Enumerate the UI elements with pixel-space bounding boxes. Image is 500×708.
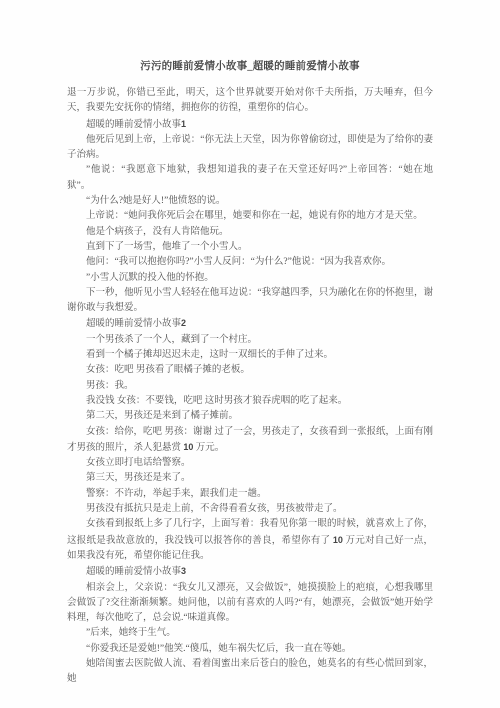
text-run: 超暖的睡前爱情小故事 xyxy=(86,567,181,577)
text-run: 女孩：吃吧 男孩看了眼橘子摊的老板。 xyxy=(86,365,250,375)
text-run: 相亲会上，父亲说：“我女儿又漂亮，又会做饭”，她摸摸脸上的疤痕，心想我哪里会做饭… xyxy=(67,583,433,624)
paragraph: 男孩：我。 xyxy=(67,379,433,394)
text-run: 警察：不许动，举起手来，跟我们走一趟。 xyxy=(86,489,267,499)
text-run: 一个男孩杀了一个人，藏到了一个村庄。 xyxy=(86,335,257,345)
text-run: 超暖的睡前爱情小故事 xyxy=(86,319,181,329)
paragraph: 看到一个橘子摊却迟迟未走，这时一双细长的手伸了过来。 xyxy=(67,348,433,363)
text-run: 男孩没有抵抗只是走上前，不舍得看看女孩，男孩被带走了。 xyxy=(86,504,343,514)
paragraph: ”小雪人沉默的投入他的怀抱。 xyxy=(67,271,433,286)
text-run: 她陪闺蜜去医院做人流、看着闺蜜出来后苍白的脸色，她莫名的有些心慌回到家，她 xyxy=(67,659,433,684)
paragraph: 超暖的睡前爱情小故事2 xyxy=(67,316,433,332)
paragraph: ”他说：“我愿意下地狱，我想知道我的妻子在天堂还好吗?”上帝回答：“她在地狱”。 xyxy=(67,163,433,194)
paragraph: 下一秒，他听见小雪人轻轻在他耳边说：“我穿越四季，只为融化在你的怀抱里，谢谢你敢… xyxy=(67,286,433,317)
paragraph: 他是个病孩子，没有人肯陪他玩。 xyxy=(67,225,433,240)
text-run: 女孩立即打电话给警察。 xyxy=(86,458,191,468)
paragraph: 相亲会上，父亲说：“我女儿又漂亮，又会做饭”，她摸摸脸上的疤痕，心想我哪里会做饭… xyxy=(67,581,433,627)
text-run: 退一万步说，你错已至此，明天，这个世界就要开始对你千夫所指，万夫唾弃，但今天，我… xyxy=(67,88,433,113)
paragraph: 女孩看到报纸上多了几行字，上面写着：我看见你第一眼的时候，就喜欢上了你，这报纸是… xyxy=(67,517,433,564)
paragraph: 她陪闺蜜去医院做人流、看着闺蜜出来后苍白的脸色，她莫名的有些心慌回到家，她 xyxy=(67,657,433,688)
text-run: 直到下了一场雪，他堆了一个小雪人。 xyxy=(86,242,248,252)
bold-text-run: 10 xyxy=(183,442,193,452)
paragraph: “你爱我还是爱她!”他笑.“傻瓜，她车祸失忆后，我一直在等她。 xyxy=(67,642,433,657)
text-run: 下一秒，他听见小雪人轻轻在他耳边说：“我穿越四季，只为融化在你的怀抱里，谢谢你敢… xyxy=(67,288,433,313)
bold-text-run: 2 xyxy=(181,318,186,328)
paragraph: 退一万步说，你错已至此，明天，这个世界就要开始对你千夫所指，万夫唾弃，但今天，我… xyxy=(67,86,433,117)
paragraph: 他问：“我可以抱抱你吗?”小雪人反问：“为什么?”他说：“因为我喜欢你。 xyxy=(67,255,433,270)
paragraph: 警察：不许动，举起手来，跟我们走一趟。 xyxy=(67,487,433,502)
document-page: 污污的睡前爱情小故事_超暖的睡前爱情小故事 退一万步说，你错已至此，明天，这个世… xyxy=(0,0,500,708)
document-body: 退一万步说，你错已至此，明天，这个世界就要开始对你千夫所指，万夫唾弃，但今天，我… xyxy=(67,86,433,688)
paragraph: 女孩立即打电话给警察。 xyxy=(67,456,433,471)
paragraph: 男孩没有抵抗只是走上前，不舍得看看女孩，男孩被带走了。 xyxy=(67,502,433,517)
paragraph: 上帝说：“她问我你死后会在哪里，她要和你在一起，她说有你的地方才是天堂。 xyxy=(67,209,433,224)
text-run: 第三天，男孩还是来了。 xyxy=(86,473,191,483)
text-run: 我没钱 女孩：不要钱，吃吧 这时男孩才狼吞虎咽的吃了起来。 xyxy=(86,396,347,406)
bold-text-run: 3 xyxy=(181,566,186,576)
paragraph: 他死后见到上帝，上帝说：“你无法上天堂，因为你曾偷窃过，即使是为了给你的妻子治病… xyxy=(67,133,433,164)
text-run: “为什么?她是好人!”他愤怒的说。 xyxy=(86,196,225,206)
paragraph: 第二天，男孩还是来到了橘子摊前。 xyxy=(67,409,433,424)
text-run: ”小雪人沉默的投入他的怀抱。 xyxy=(86,273,214,283)
text-run: 超暖的睡前爱情小故事 xyxy=(86,120,181,130)
text-run: ”后来，她终于生气。 xyxy=(86,628,176,638)
paragraph: 超暖的睡前爱情小故事3 xyxy=(67,564,433,580)
paragraph: 我没钱 女孩：不要钱，吃吧 这时男孩才狼吞虎咽的吃了起来。 xyxy=(67,394,433,409)
paragraph: 第三天，男孩还是来了。 xyxy=(67,471,433,486)
bold-text-run: 1 xyxy=(181,119,186,129)
text-run: 女孩：给你，吃吧 男孩：谢谢 过了一会，男孩走了，女孩看到一张报纸，上面有刚才男… xyxy=(67,427,433,453)
text-run: 他是个病孩子，没有人肯陪他玩。 xyxy=(86,227,229,237)
paragraph: “为什么?她是好人!”他愤怒的说。 xyxy=(67,194,433,209)
paragraph: 一个男孩杀了一个人，藏到了一个村庄。 xyxy=(67,333,433,348)
bold-text-run: 10 xyxy=(333,535,343,545)
text-run: 第二天，男孩还是来到了橘子摊前。 xyxy=(86,411,238,421)
text-run: 上帝说：“她问我你死后会在哪里，她要和你在一起，她说有你的地方才是天堂。 xyxy=(86,211,423,221)
text-run: 男孩：我。 xyxy=(86,381,134,391)
paragraph: 女孩：吃吧 男孩看了眼橘子摊的老板。 xyxy=(67,363,433,378)
paragraph: ”后来，她终于生气。 xyxy=(67,626,433,641)
paragraph: 女孩：给你，吃吧 男孩：谢谢 过了一会，男孩走了，女孩看到一张报纸，上面有刚才男… xyxy=(67,425,433,457)
text-run: 他死后见到上帝，上帝说：“你无法上天堂，因为你曾偷窃过，即使是为了给你的妻子治病… xyxy=(67,135,433,160)
paragraph: 直到下了一场雪，他堆了一个小雪人。 xyxy=(67,240,433,255)
page-title: 污污的睡前爱情小故事_超暖的睡前爱情小故事 xyxy=(0,0,500,73)
text-run: 万元。 xyxy=(193,443,224,453)
text-run: 他问：“我可以抱抱你吗?”小雪人反问：“为什么?”他说：“因为我喜欢你。 xyxy=(86,257,391,267)
paragraph: 超暖的睡前爱情小故事1 xyxy=(67,117,433,133)
text-run: 看到一个橘子摊却迟迟未走，这时一双细长的手伸了过来。 xyxy=(86,350,333,360)
text-run: ”他说：“我愿意下地狱，我想知道我的妻子在天堂还好吗?”上帝回答：“她在地狱”。 xyxy=(67,165,433,190)
text-run: “你爱我还是爱她!”他笑.“傻瓜，她车祸失忆后，我一直在等她。 xyxy=(86,644,351,654)
